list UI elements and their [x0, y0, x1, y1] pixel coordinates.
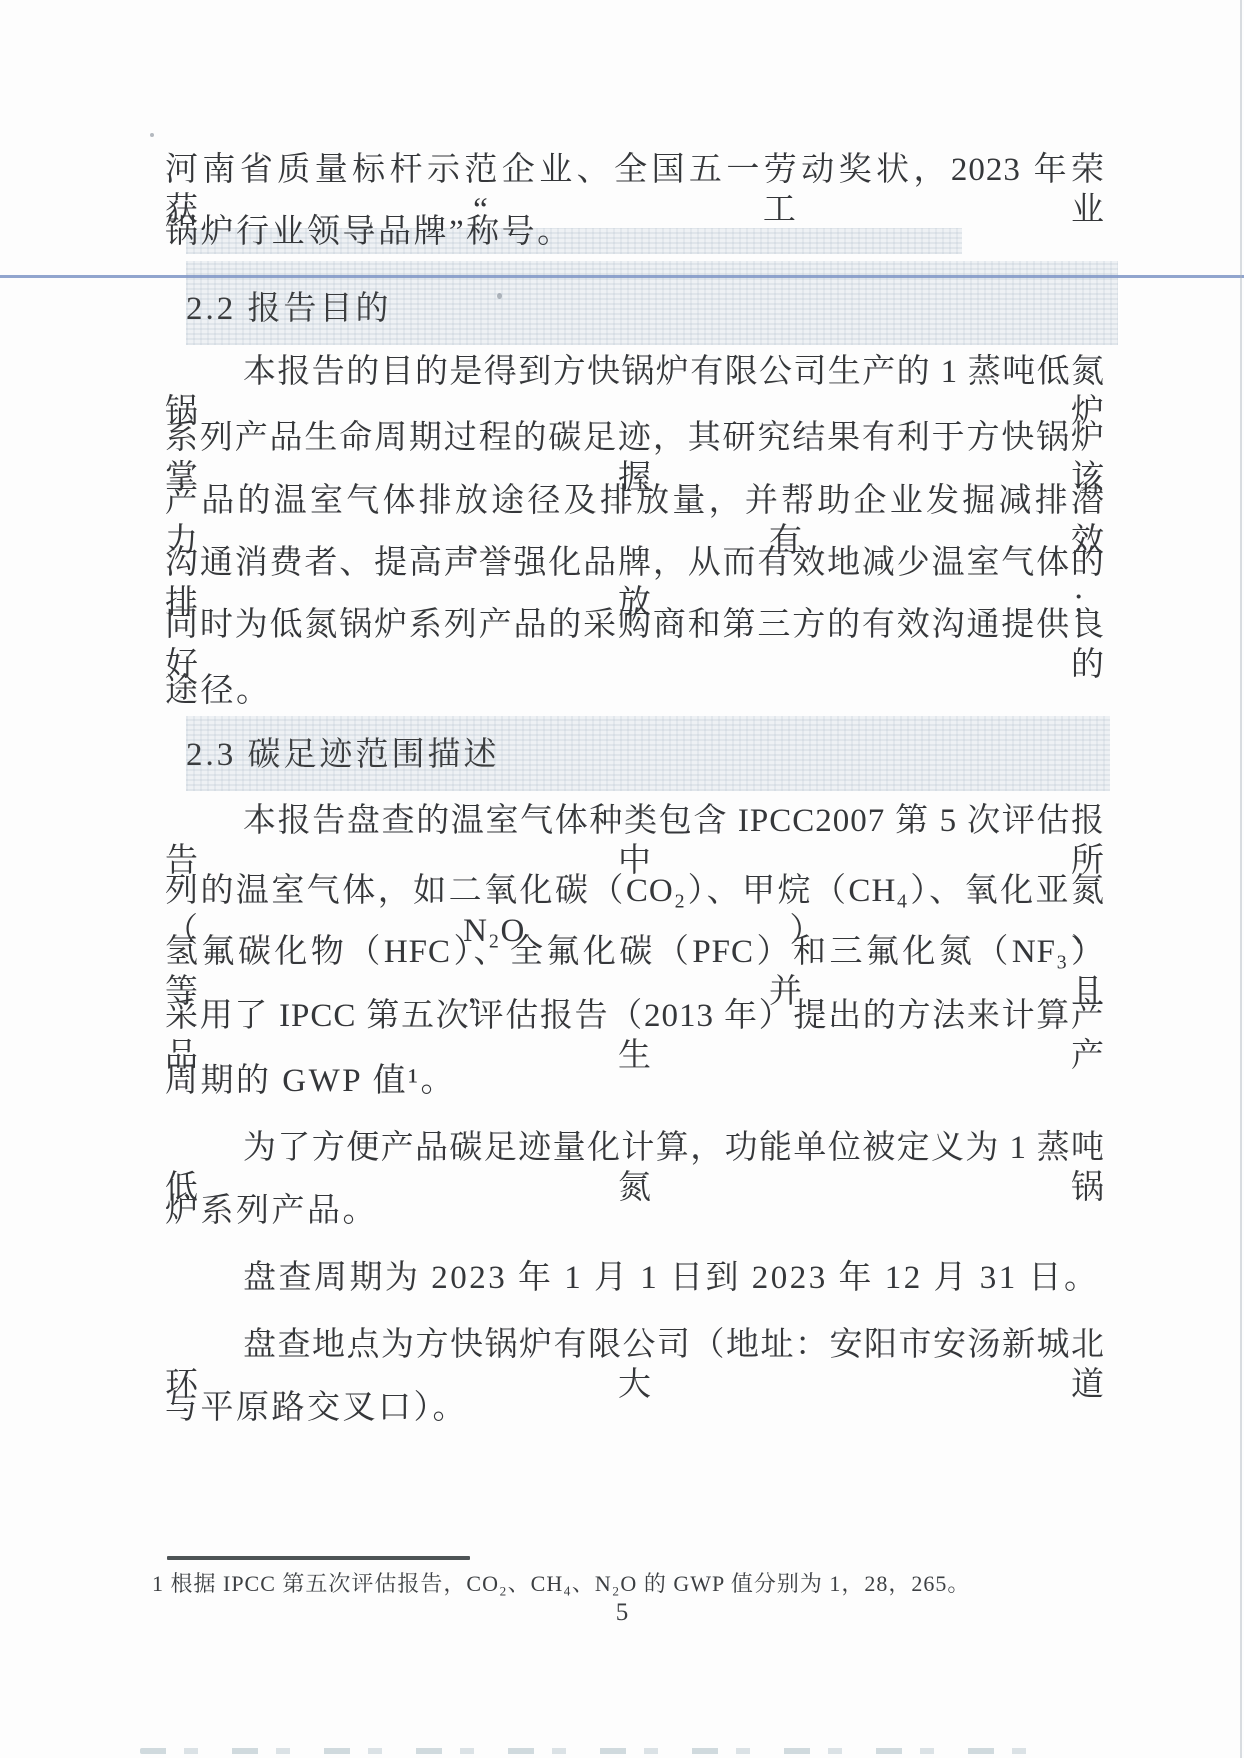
body-text-line: 与平原路交叉口）。: [165, 1388, 1105, 1428]
body-text-line: 盘查周期为 2023 年 1 月 1 日到 2023 年 12 月 31 日。: [165, 1258, 1105, 1298]
body-text-line: 炉系列产品。: [165, 1191, 1105, 1231]
scan-speck: [150, 133, 154, 137]
document-page: 河南省质量标杆示范企业、全国五一劳动奖状，2023 年荣获“工业 锅炉行业领导品…: [0, 0, 1244, 1758]
scan-noise-bottom-edge: [140, 1748, 1040, 1754]
body-text-line: 周期的 GWP 值¹。: [165, 1061, 1105, 1101]
page-edge-shadow: [1240, 0, 1242, 1758]
scan-speck: [497, 293, 502, 299]
page-number: 5: [0, 1599, 1244, 1627]
body-text-line: 途径。: [165, 671, 1105, 711]
section-heading-2-3: 2.3 碳足迹范围描述: [186, 735, 1086, 775]
footnote-separator: [167, 1556, 470, 1560]
section-heading-2-2: 2.2 报告目的: [186, 289, 1086, 329]
body-text-line: 锅炉行业领导品牌”称号。: [165, 212, 1105, 252]
blue-divider-line: [0, 275, 1244, 278]
footnote-text: 1 根据 IPCC 第五次评估报告，CO₂、CH₄、N₂O 的 GWP 值分别为…: [152, 1570, 1162, 1598]
body-text-line: 本报告盘查的温室气体种类包含 IPCC2007 第 5 次评估报告中所: [165, 801, 1105, 881]
